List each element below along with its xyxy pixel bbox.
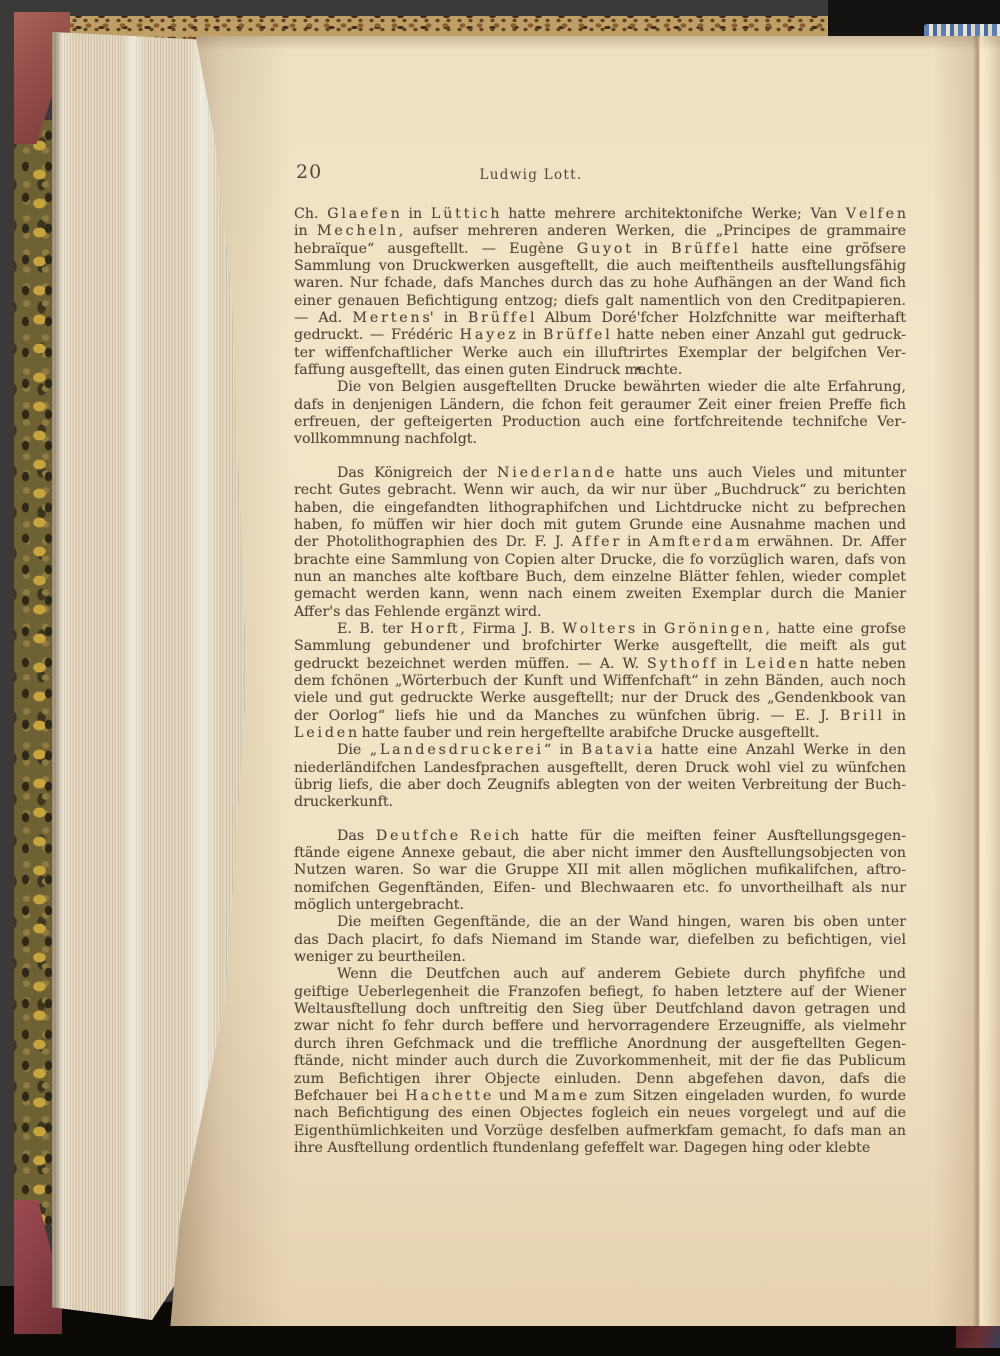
text-line: ftände, nicht minder auch durch die Zuvo…	[294, 1053, 906, 1070]
text-line: Sammlung gebundener und brofchirter Werk…	[294, 638, 906, 655]
text-line: Das D e u t f ch e R e i ch hatte für di…	[294, 828, 906, 845]
text-line: vollkommnung nachfolgt.	[294, 431, 906, 448]
text-line: Affer's das Fehlende ergänzt wird.	[294, 604, 906, 621]
text-line: Weltausftellung doch unftreitig den Sieg…	[294, 1001, 906, 1018]
text-line: nun an manches alte koftbare Buch, dem e…	[294, 569, 906, 586]
text-line: Die von Belgien ausgeftellten Drucke bew…	[294, 379, 906, 396]
text-line: durch ihren Gefchmack und die treffliche…	[294, 1036, 906, 1053]
text-line: — Ad. M e r t e n s' in B r ü f f e l Al…	[294, 310, 906, 327]
text-line: Eigenthümlichkeiten und Vorzüge desfelbe…	[294, 1123, 906, 1140]
text-line: der Photolithographien des Dr. F. J. A f…	[294, 534, 906, 551]
text-line: Befchauer bei H a c h e t t e und M a m …	[294, 1088, 906, 1105]
text-line: Wenn die Deutfchen auch auf anderem Gebi…	[294, 966, 906, 983]
text-line: L e i d e n hatte fauber und rein hergef…	[294, 725, 906, 742]
text-line: gemacht werden kann, wenn nach einem zwe…	[294, 586, 906, 603]
text-line: Nutzen waren. So war die Gruppe XII mit …	[294, 862, 906, 879]
text-line: Sammlung von Druckwerken ausgeftellt, di…	[294, 258, 906, 275]
text-line: nach Befichtigung des einen Objectes fog…	[294, 1105, 906, 1122]
text-line: einer genauen Befichtigung entzog; diefs…	[294, 293, 906, 310]
book-scan: 20 Ludwig Lott. Ch. G l a e f e n in L ü…	[0, 0, 1000, 1356]
text-line: geiftige Ueberlegenheit die Franzofen be…	[294, 984, 906, 1001]
text-line: brachte eine Sammlung von Copien alter D…	[294, 552, 906, 569]
text-line: druckerkunft.	[294, 794, 906, 811]
text-line: Ch. G l a e f e n in L ü t t i c h hatte…	[294, 206, 906, 223]
text-line: übrig liefs, die aber doch Zeugnifs able…	[294, 777, 906, 794]
text-line: faffung ausgeftellt, das einen guten Ein…	[294, 362, 906, 379]
text-line: zwar nicht fo fehr durch beffere und her…	[294, 1018, 906, 1035]
text-line: waren. Nur fchade, dafs Manches durch da…	[294, 275, 906, 292]
text-line: gedruckt bezeichnet werden müffen. — A. …	[294, 656, 906, 673]
text-line: Die meiften Gegenftände, die an der Wand…	[294, 914, 906, 931]
text-line: in M e c h e l n , aufser mehreren ander…	[294, 223, 906, 240]
text-line: haben, die eingefandten lithographifchen…	[294, 500, 906, 517]
text-line: möglich untergebracht.	[294, 897, 906, 914]
running-title: Ludwig Lott.	[480, 167, 583, 183]
text-line: gedruckt. — Frédéric H a y e z in B r ü …	[294, 327, 906, 344]
text-line: E. B. ter H o r ft , Firma J. B. W o l t…	[294, 621, 906, 638]
text-line: der Oorlog“ liefs hie und da Manches zu …	[294, 708, 906, 725]
page-number: 20	[296, 161, 322, 183]
text-line: niederländifchen Landesfprachen ausgefte…	[294, 760, 906, 777]
text-line: Das Königreich der N i e d e r l a n d e…	[294, 465, 906, 482]
text-line: dem fchönen „Wörterbuch der Kunft und Wi…	[294, 673, 906, 690]
text-line: viele und gut gedruckte Werke ausgeftell…	[294, 690, 906, 707]
text-line: ihre Ausftellung ordentlich ftundenlang …	[294, 1140, 906, 1157]
text-line: Die „ L a n d e s d r u c k e r e i “ in…	[294, 742, 906, 759]
text-line: haben, fo müffen wir hier doch mit gutem…	[294, 517, 906, 534]
text-line: das Dach placirt, fo dafs Niemand im Sta…	[294, 932, 906, 949]
text-line: ter wiffenfchaftlicher Werke auch ein il…	[294, 345, 906, 362]
text-line: zum Befichtigen ihrer Objecte einluden. …	[294, 1071, 906, 1088]
text-line: hebraïque“ ausgeftellt. — Eugène G u y o…	[294, 241, 906, 258]
text-line: erfreuen, der gefteigerten Production au…	[294, 414, 906, 431]
text-line: weniger zu beurtheilen.	[294, 949, 906, 966]
text-line: dafs in denjenigen Ländern, die fchon fe…	[294, 397, 906, 414]
text-line: nomifchen Gegenftänden, Eifen- und Blech…	[294, 880, 906, 897]
text-line: ftände eigene Annexe gebaut, die aber ni…	[294, 845, 906, 862]
page-text-layer: 20 Ludwig Lott. Ch. G l a e f e n in L ü…	[0, 0, 1000, 1356]
body-text: Ch. G l a e f e n in L ü t t i c h hatte…	[294, 206, 906, 1157]
ink-speck	[636, 366, 641, 371]
text-line: recht Gutes gebracht. Wenn wir auch, da …	[294, 482, 906, 499]
